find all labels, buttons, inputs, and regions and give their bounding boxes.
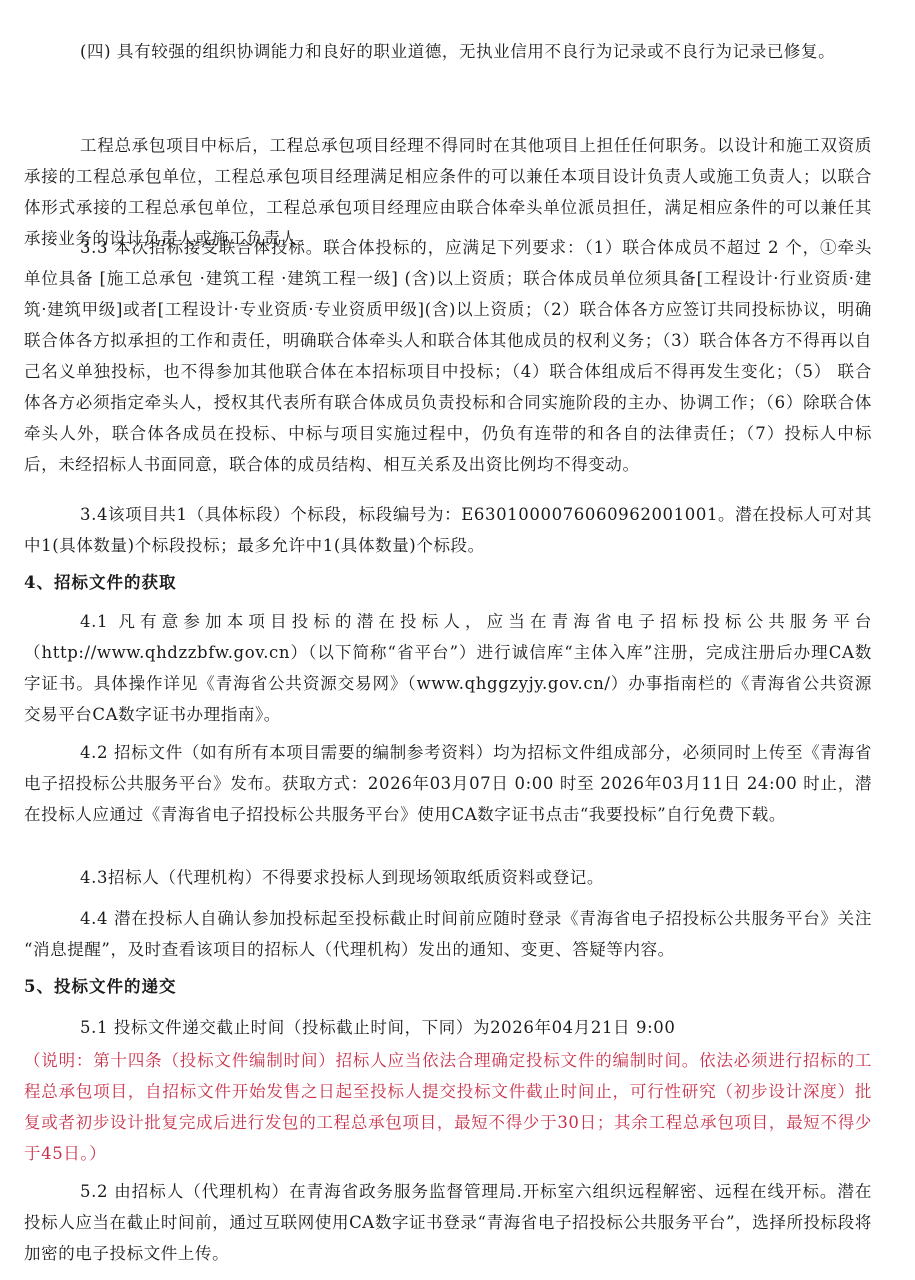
document-page: (四) 具有较强的组织协调能力和良好的职业道德，无执业信用不良行为记录或不良行为… [0, 0, 915, 1280]
paragraph-3-4-lots: 3.4该项目共1（具体标段）个标段，标段编号为：E630100007606096… [24, 499, 872, 561]
note-paragraph-red: （说明：第十四条（投标文件编制时间）招标人应当依法合理确定投标文件的编制时间。依… [24, 1045, 872, 1169]
paragraph-4-2: 4.2 招标文件（如有所有本项目需要的编制参考资料）均为招标文件组成部分，必须同… [24, 737, 872, 830]
paragraph-3-3-consortium: 3.3 本次招标接受联合体投标。联合体投标的，应满足下列要求：（1）联合体成员不… [24, 232, 872, 480]
paragraph-5-2: 5.2 由招标人（代理机构）在青海省政务服务监督管理局.开标室六组织远程解密、远… [24, 1176, 872, 1269]
paragraph-4-4: 4.4 潜在投标人自确认参加投标起至投标截止时间前应随时登录《青海省电子招投标公… [24, 903, 872, 965]
paragraph-4-1: 4.1 凡有意参加本项目投标的潜在投标人，应当在青海省电子招标投标公共服务平台（… [24, 606, 872, 730]
paragraph-5-1: 5.1 投标文件递交截止时间（投标截止时间，下同）为2026年04月21日 9:… [24, 1012, 872, 1043]
section-heading-4: 4、招标文件的获取 [24, 567, 176, 598]
paragraph-4-3: 4.3招标人（代理机构）不得要求投标人到现场领取纸质资料或登记。 [24, 862, 872, 893]
paragraph-qualification-4: (四) 具有较强的组织协调能力和良好的职业道德，无执业信用不良行为记录或不良行为… [24, 36, 872, 67]
section-heading-5: 5、投标文件的递交 [24, 971, 176, 1002]
